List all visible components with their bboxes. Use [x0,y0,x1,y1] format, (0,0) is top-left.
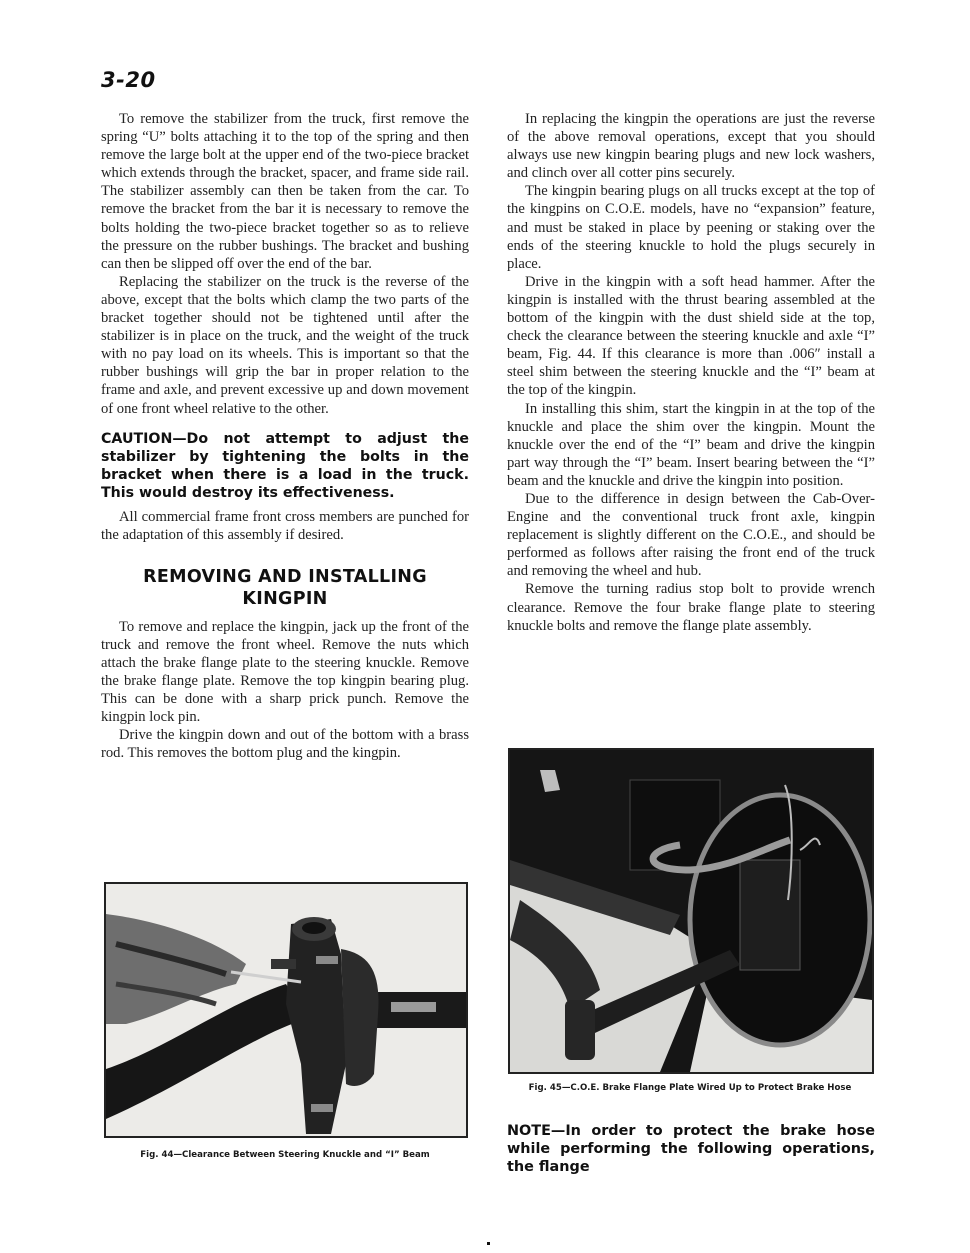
paragraph: Due to the difference in design between … [507,490,875,580]
paragraph: Replacing the stabilizer on the truck is… [101,273,469,418]
page-number: 3-20 [101,68,156,92]
paragraph: All commercial frame front cross members… [101,508,469,544]
section-heading: REMOVING AND INSTALLING KINGPIN [101,566,469,610]
figure-44-photo [104,882,468,1138]
brake-flange-photo-illustration [510,750,872,1072]
paragraph: Drive in the kingpin with a soft head ha… [507,273,875,400]
knuckle-photo-illustration [106,884,466,1136]
paragraph: In replacing the kingpin the operations … [507,110,875,182]
paragraph: Remove the turning radius stop bolt to p… [507,580,875,634]
paragraph: In installing this shim, start the kingp… [507,400,875,490]
paragraph: The kingpin bearing plugs on all trucks … [507,182,875,272]
paragraph: To remove the stabilizer from the truck,… [101,110,469,273]
right-column: In replacing the kingpin the operations … [507,110,875,635]
left-column: To remove the stabilizer from the truck,… [101,110,469,763]
figure-45-photo [508,748,874,1074]
figure-44-caption: Fig. 44—Clearance Between Steering Knuck… [100,1150,470,1160]
caution-text: CAUTION—Do not attempt to adjust the sta… [101,430,469,502]
figure-45-caption: Fig. 45—C.O.E. Brake Flange Plate Wired … [505,1083,875,1093]
page-mark [487,1242,490,1245]
section-heading-line: KINGPIN [101,588,469,610]
section-heading-line: REMOVING AND INSTALLING [101,566,469,588]
note-text: NOTE—In order to protect the brake hose … [507,1122,875,1176]
paragraph: Drive the kingpin down and out of the bo… [101,726,469,762]
paragraph: To remove and replace the kingpin, jack … [101,618,469,727]
